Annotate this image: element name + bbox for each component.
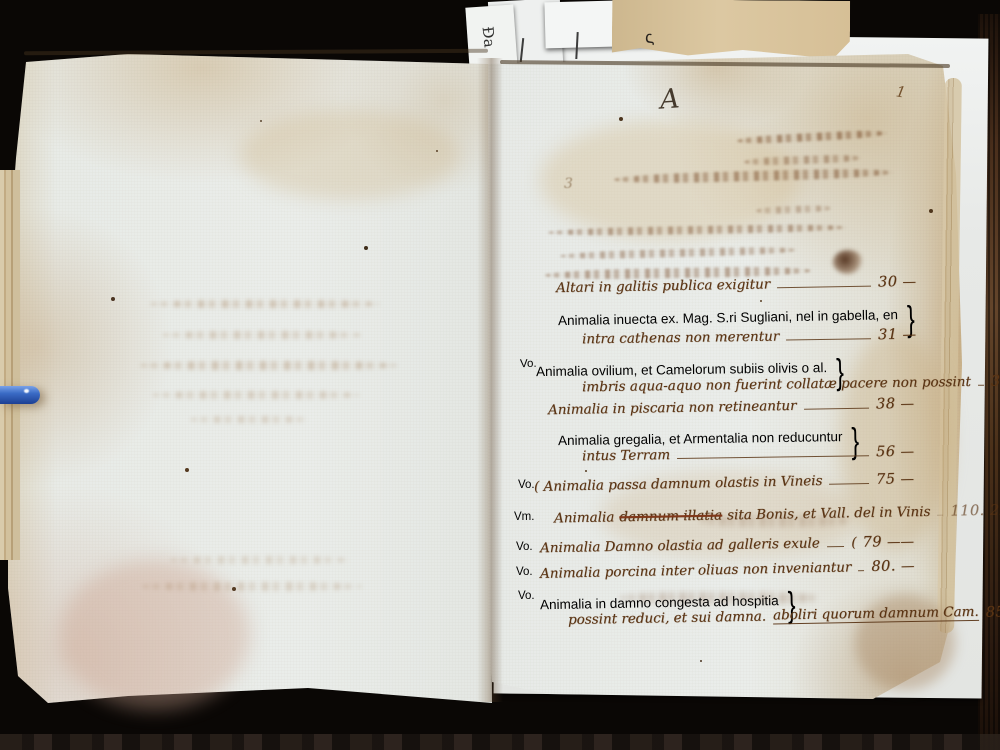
book-top-edge: [24, 49, 488, 55]
paper-specks: [0, 0, 2, 2]
leader-line: [827, 546, 844, 547]
margin-mark: Vo.: [518, 479, 535, 491]
ink-smudge: [152, 391, 360, 399]
leader-line: [777, 286, 871, 289]
underlined-text: aboliri quorum damnum Cam.: [773, 604, 979, 625]
blue-clip: [0, 386, 40, 404]
entry-number: 38-: [991, 373, 1000, 389]
entry-dash: —: [900, 396, 914, 412]
entry-number: 30: [878, 274, 898, 290]
ink-smudge: [190, 416, 310, 423]
leader-line: [978, 385, 984, 386]
entry-text: intus Terram: [582, 447, 670, 464]
leader-line: [804, 408, 870, 410]
leader-line: [677, 455, 869, 459]
entry-number: 56: [876, 444, 896, 460]
entry-number: 75: [876, 471, 896, 487]
ink-smudge: [170, 556, 350, 564]
entry-number: 85: [986, 604, 1000, 620]
bracket: (: [851, 535, 857, 551]
entry-dash: —: [900, 471, 914, 487]
entry-number: 110. 22.: [950, 502, 1000, 519]
ink-smudge: [140, 361, 398, 370]
entry-dash: —: [901, 558, 915, 574]
tag-handwriting: Ða: [478, 26, 498, 49]
entry-dash: —: [902, 274, 916, 290]
entry-dash: —: [900, 444, 914, 460]
ink-smudge: [150, 300, 380, 308]
margin-mark: Vo.: [518, 590, 535, 602]
entry-dash: ——: [887, 534, 914, 550]
leader-line: [937, 515, 943, 516]
book-gutter: [477, 58, 503, 702]
entry-text: Animalia: [554, 509, 615, 526]
entry-number: 80.: [871, 558, 896, 575]
entry-number: 31: [878, 327, 898, 343]
leader-line: [829, 483, 869, 485]
entry-text: Animalia inuecta ex. Mag. S.ri Sugliani,…: [558, 307, 898, 328]
entry-number: 38: [876, 396, 896, 412]
paper-texture: [8, 48, 492, 710]
entry-number: 79: [862, 534, 882, 550]
index-letter-heading: A: [659, 83, 681, 115]
photo-of-manuscript: Ða ς A 1 3 Altari in galitis publica exi…: [0, 0, 1000, 750]
ink-blot: [833, 250, 863, 274]
left-page: [8, 48, 492, 710]
entry-text: intra cathenas non merentur: [582, 329, 779, 348]
table-front-band: [0, 734, 1000, 750]
page-fore-edge-left: [0, 170, 20, 560]
entry-dash: —: [902, 327, 916, 343]
background-shadow: [978, 0, 1000, 14]
ghost-number: 3: [564, 176, 573, 192]
struck-text: damnum illatia: [619, 508, 722, 526]
margin-mark: Vo.: [516, 566, 533, 578]
margin-mark: Vo.: [520, 358, 537, 371]
margin-mark: Vo.: [516, 541, 533, 553]
ink-smudge: [142, 582, 362, 591]
leader-line: [786, 338, 871, 340]
margin-mark: Vm.: [514, 511, 534, 523]
ink-smudge: [162, 331, 362, 339]
leader-line: [858, 570, 864, 571]
